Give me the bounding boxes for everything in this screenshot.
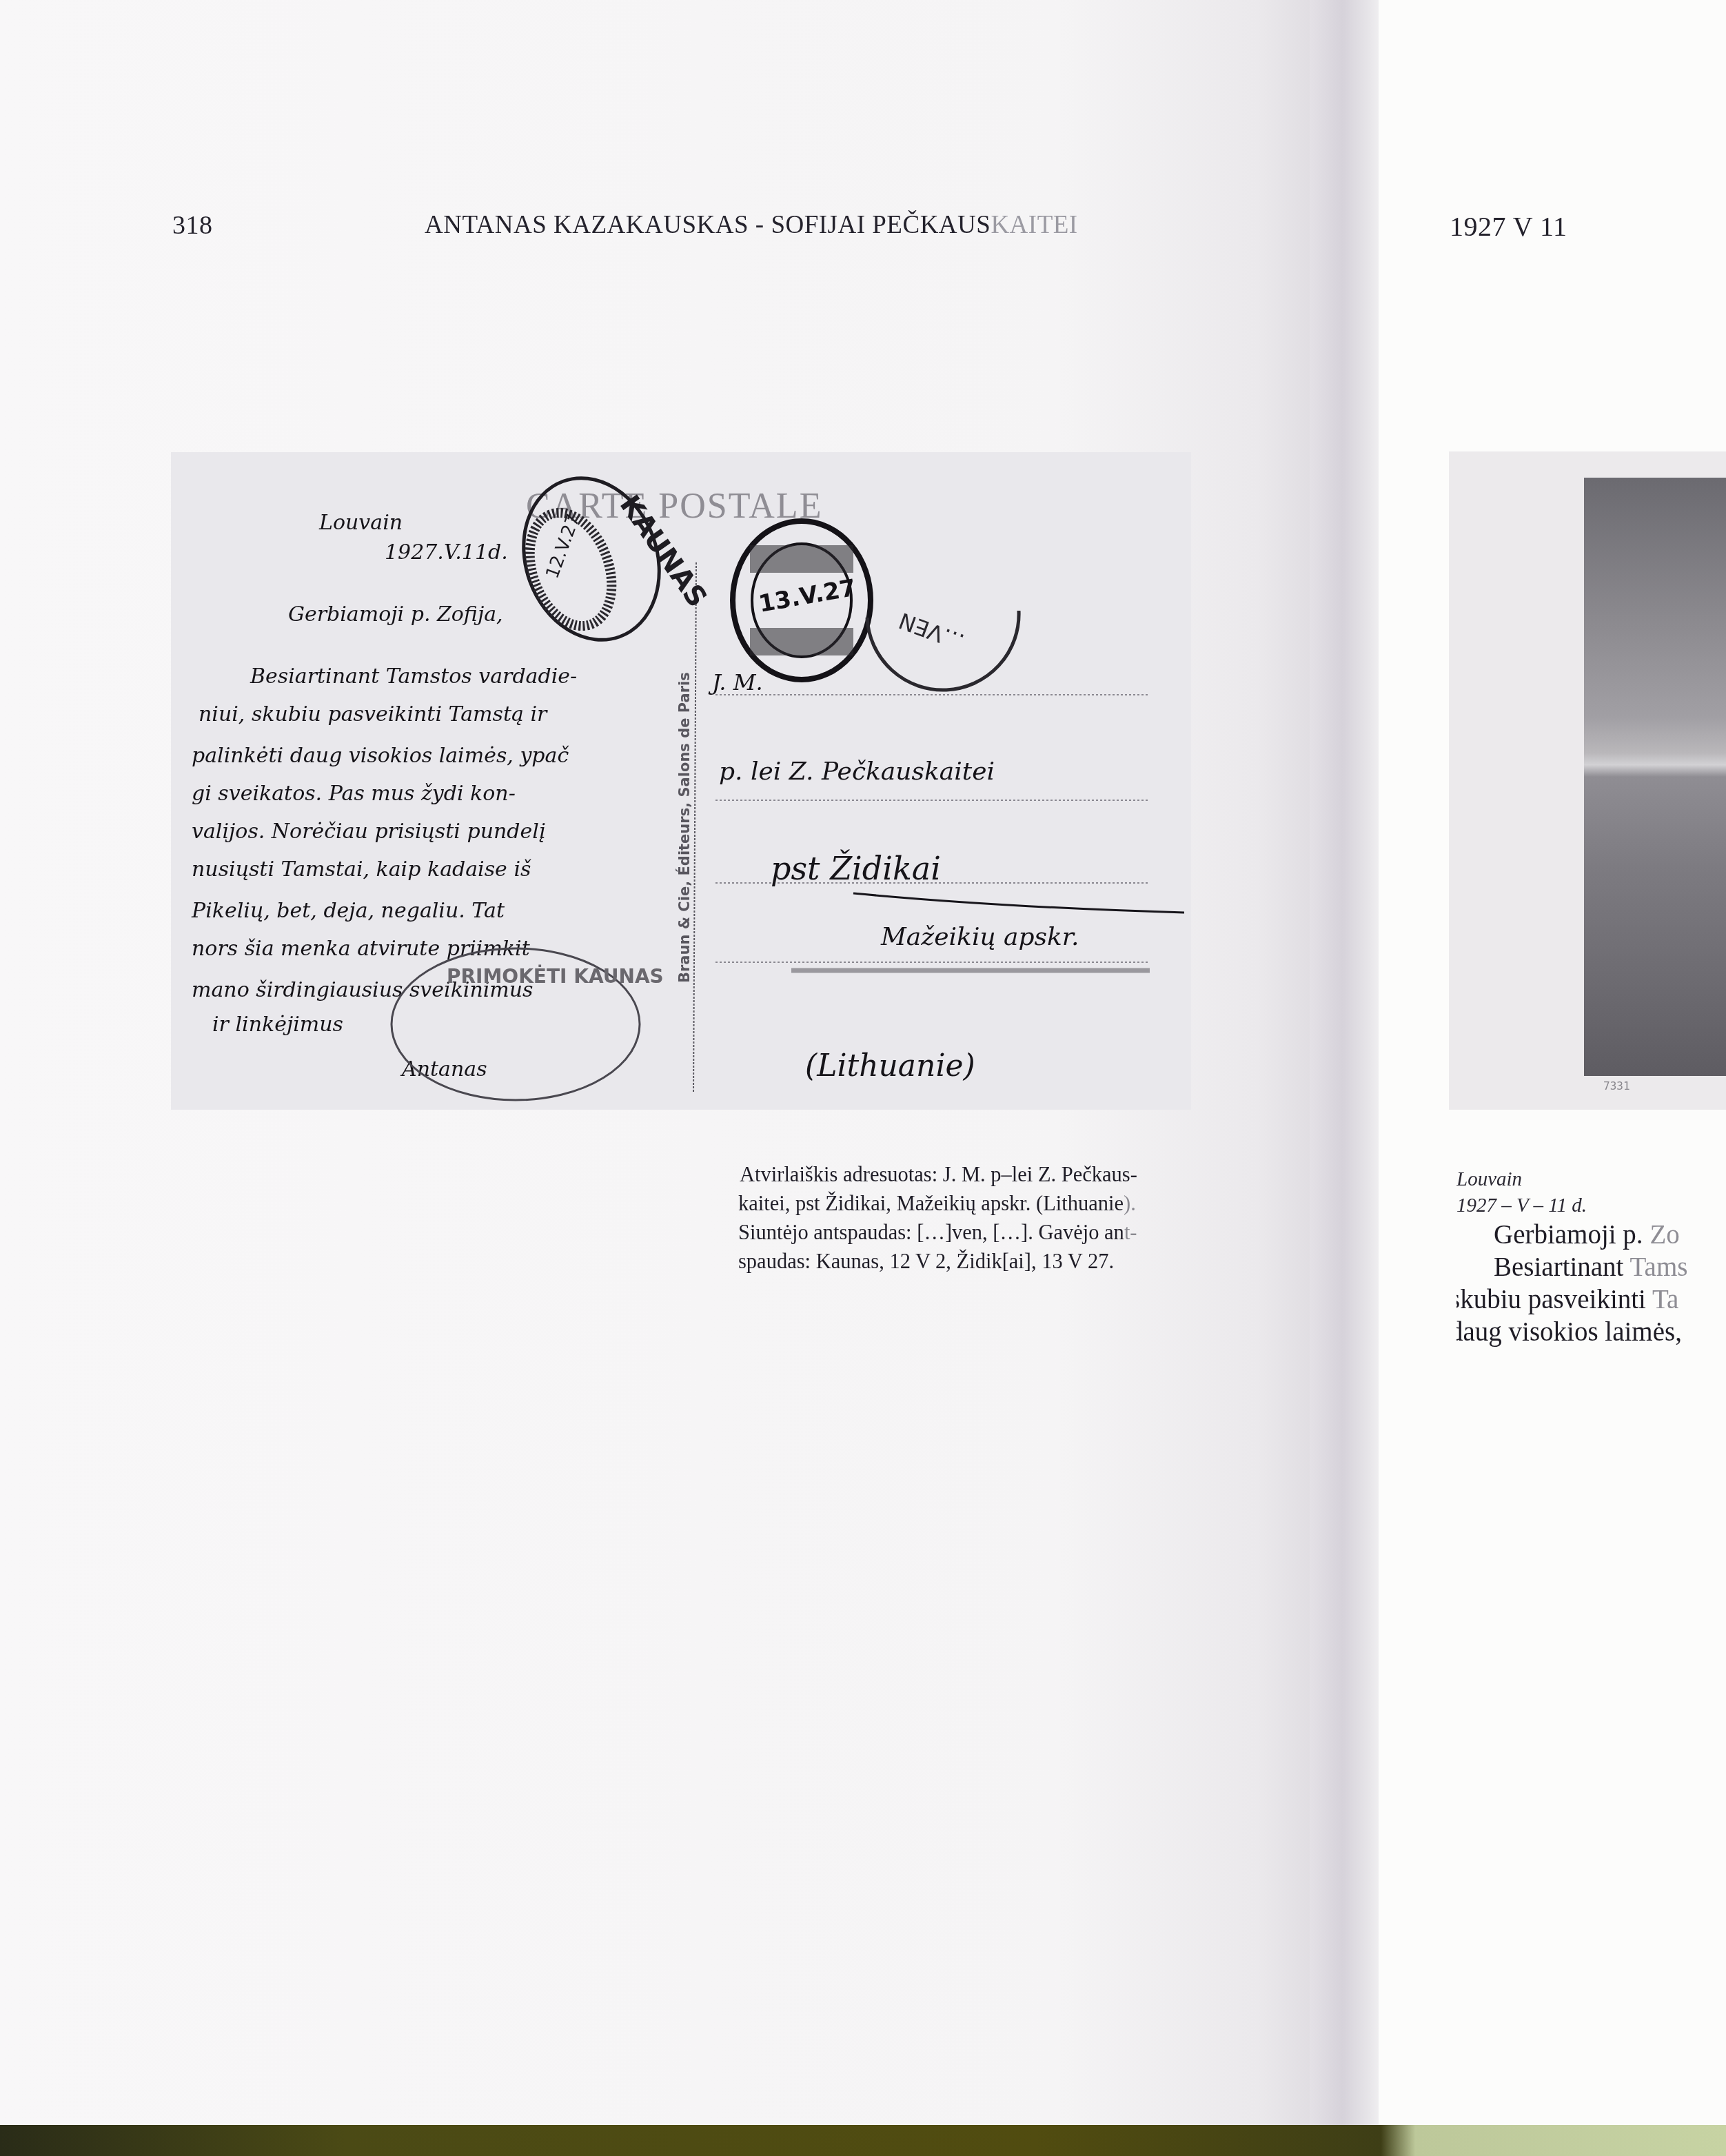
svg-text:PRIMOKĖTI KAUNAS: PRIMOKĖTI KAUNAS xyxy=(447,964,664,988)
scanner-bottom-edge xyxy=(0,2125,1726,2156)
postmark-zidikai: 13.V.27 xyxy=(733,521,871,680)
svg-text:ir linkėjimus: ir linkėjimus xyxy=(212,1013,343,1037)
svg-text:Antanas: Antanas xyxy=(400,1057,487,1081)
running-title-faded: KAITEI xyxy=(991,211,1077,239)
svg-text:Besiartinant Tamstos vardadie-: Besiartinant Tamstos vardadie- xyxy=(250,664,577,689)
postmark-ven: …VEN xyxy=(867,607,1019,690)
svg-text:1927.V.11d.: 1927.V.11d. xyxy=(385,540,508,565)
svg-text:Mažeikių apskr.: Mažeikių apskr. xyxy=(880,923,1079,951)
letter-line: daug visokios laimės, xyxy=(1456,1316,1726,1348)
letter-date: 1927 – V – 11 d. xyxy=(1456,1192,1726,1219)
publisher-imprint: Braun & Cie, Éditeurs, Salons de Paris xyxy=(676,672,693,983)
caption-line: kaitei, pst Židikai, Mažeikių apskr. (Li… xyxy=(738,1189,1186,1218)
bleed-through-text xyxy=(176,1161,182,1191)
svg-text:…VEN: …VEN xyxy=(895,607,968,655)
letter-place: Louvain xyxy=(1456,1166,1726,1192)
postcard-image: CARTE POSTALE Braun & Cie, Éditeurs, Sal… xyxy=(171,452,1191,1110)
svg-text:valijos. Norėčiau prisiųsti pu: valijos. Norėčiau prisiųsti pundelį xyxy=(192,820,545,844)
right-running-head: 1927 V 11 xyxy=(1450,210,1567,243)
letter-line: Besiartinant Tams xyxy=(1456,1251,1726,1283)
svg-text:J. M.: J. M. xyxy=(708,669,763,695)
svg-text:nors šia menka atvirute priimk: nors šia menka atvirute priimkit xyxy=(192,937,531,961)
landscape-photo xyxy=(1584,478,1726,1076)
svg-text:nusiųsti Tamstai, kaip kadaise: nusiųsti Tamstai, kaip kadaise iš xyxy=(192,857,531,882)
page-number: 318 xyxy=(172,210,213,241)
svg-text:palinkėti daug visokios laimės: palinkėti daug visokios laimės, ypač xyxy=(192,744,569,768)
svg-text:13.V.27: 13.V.27 xyxy=(757,574,858,618)
svg-text:pst Židikai: pst Židikai xyxy=(771,849,941,887)
photo-number: 7331 xyxy=(1603,1079,1630,1092)
caption-line: Siuntėjo antspaudas: […]ven, […]. Gavėjo… xyxy=(738,1218,1186,1247)
svg-text:(Lithuanie): (Lithuanie) xyxy=(805,1048,975,1084)
svg-text:Pikelių, bet, deja, negaliu. T: Pikelių, bet, deja, negaliu. Tat xyxy=(191,899,505,923)
letter-line: skubiu pasveikinti Ta xyxy=(1456,1283,1726,1316)
letter-salutation: Gerbiamoji p. Zo xyxy=(1456,1219,1726,1251)
letter-transcription: Louvain 1927 – V – 11 d. Gerbiamoji p. Z… xyxy=(1456,1166,1726,1348)
svg-text:gi sveikatos. Pas mus žydi kon: gi sveikatos. Pas mus žydi kon- xyxy=(192,782,516,806)
svg-text:Gerbiamoji p. Zofija,: Gerbiamoji p. Zofija, xyxy=(288,602,503,627)
caption-line: spaudas: Kaunas, 12 V 2, Židik[ai], 13 V… xyxy=(738,1247,1186,1276)
postcard-caption: Atvirlaiškis adresuotas: J. M. p–lei Z. … xyxy=(738,1160,1186,1276)
svg-text:p. lei Z. Pečkauskaitei: p. lei Z. Pečkauskaitei xyxy=(719,757,995,786)
caption-line: Atvirlaiškis adresuotas: J. M. p–lei Z. … xyxy=(738,1160,1186,1189)
svg-text:niui, skubiu pasveikinti Tamst: niui, skubiu pasveikinti Tamstą ir xyxy=(199,702,548,726)
svg-text:Louvain: Louvain xyxy=(318,511,403,535)
postcard-illustration: CARTE POSTALE Braun & Cie, Éditeurs, Sal… xyxy=(171,452,1191,1110)
running-title-main: ANTANAS KAZAKAUSKAS - SOFIJAI PEČKAUS xyxy=(425,211,991,239)
running-title: ANTANAS KAZAKAUSKAS - SOFIJAI PEČKAUSKAI… xyxy=(425,210,1078,240)
